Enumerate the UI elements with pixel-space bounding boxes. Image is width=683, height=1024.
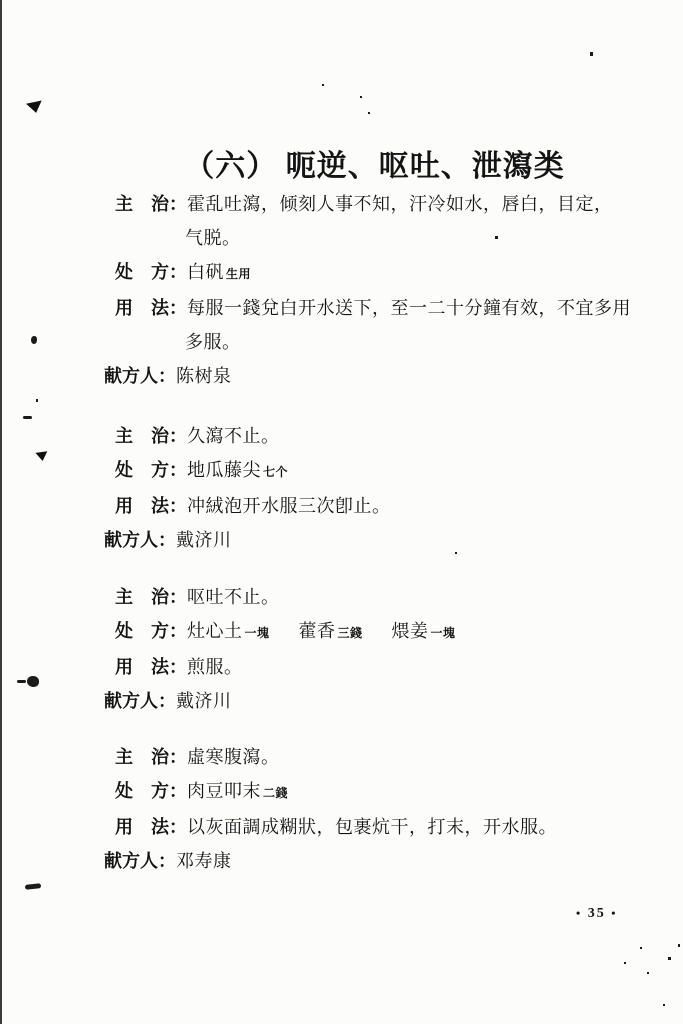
usage-label: 用 法： <box>104 296 187 321</box>
herb-item: 地瓜藤尖七个 <box>187 460 288 480</box>
prescription-entry: 主 治： 呕吐不止。 处 方： 灶心土一塊 藿香三錢 煨姜一塊 用 法： 煎服。… <box>104 585 656 723</box>
contributor-name: 戴济川 <box>176 689 656 714</box>
prescription-entry: 主 治： 虛寒腹瀉。 处 方： 肉豆叩末二錢 用 法： 以灰面調成糊狀，包裹炕干… <box>104 745 656 883</box>
ink-speck <box>624 962 626 964</box>
indication-row: 主 治： 虛寒腹瀉。 <box>104 745 656 770</box>
indication-label: 主 治： <box>104 745 187 770</box>
ink-dash <box>23 416 32 419</box>
herb-item: 肉豆叩末二錢 <box>187 781 288 801</box>
ink-smudge <box>25 883 41 890</box>
herb-item: 煨姜一塊 <box>392 621 456 641</box>
usage-row: 用 法： 每服一錢兌白开水送下，至一二十分鐘有效，不宜多用 <box>104 296 656 321</box>
herb-name: 地瓜藤尖 <box>187 460 261 480</box>
prescription-label: 处 方： <box>104 458 187 483</box>
indication-text: 虛寒腹瀉。 <box>187 745 656 770</box>
contributor-row: 献方人： 陈树泉 <box>104 364 656 389</box>
usage-label: 用 法： <box>104 655 187 680</box>
page-number-value: 35 <box>588 906 606 921</box>
herb-name: 灶心土 <box>187 621 243 641</box>
contributor-row: 献方人： 戴济川 <box>104 689 656 714</box>
indication-label: 主 治： <box>104 192 187 217</box>
prescription-label: 处 方： <box>104 779 187 804</box>
ink-blot <box>27 676 39 687</box>
indication-label: 主 治： <box>104 585 187 610</box>
contributor-label: 献方人： <box>104 364 176 389</box>
ink-speck <box>322 84 324 86</box>
ink-speck <box>590 52 593 56</box>
usage-row: 用 法： 冲絨泡开水服三次卽止。 <box>104 494 656 519</box>
herb-dose: 一塊 <box>243 626 270 640</box>
contributor-label: 献方人： <box>104 849 176 874</box>
prescription-text: 地瓜藤尖七个 <box>187 458 656 485</box>
ink-speck <box>360 96 362 98</box>
indication-text: 久瀉不止。 <box>187 424 656 449</box>
usage-row-continuation: 多服。 <box>104 330 656 355</box>
prescription-text: 灶心土一塊 藿香三錢 煨姜一塊 <box>187 619 656 646</box>
ink-speck <box>455 552 457 554</box>
contributor-row: 献方人： 邓寿康 <box>104 849 656 874</box>
ink-speck <box>495 236 498 239</box>
indication-row-continuation: 气脱。 <box>104 226 656 251</box>
herb-dose: 二錢 <box>261 786 288 800</box>
ink-triangle-mark <box>35 451 48 462</box>
contributor-label: 献方人： <box>104 528 176 553</box>
prescription-entry: 主 治： 久瀉不止。 处 方： 地瓜藤尖七个 用 法： 冲絨泡开水服三次卽止。 … <box>104 424 656 562</box>
herb-name: 肉豆叩末 <box>187 781 261 801</box>
indication-text: 气脱。 <box>175 226 656 251</box>
usage-text: 以灰面調成糊狀，包裹炕干，打末，开水服。 <box>187 815 656 840</box>
usage-label: 用 法： <box>104 494 187 519</box>
page-number-right-dot: • <box>611 906 617 920</box>
page-number: • 35 • <box>576 906 617 922</box>
prescription-row: 处 方： 肉豆叩末二錢 <box>104 779 656 806</box>
prescription-row: 处 方： 白矾生用 <box>104 260 656 287</box>
herb-name: 煨姜 <box>392 621 429 641</box>
ink-speck <box>368 112 370 114</box>
ink-speck <box>640 947 642 949</box>
herb-dose: 三錢 <box>336 626 363 640</box>
usage-row: 用 法： 煎服。 <box>104 655 656 680</box>
prescription-entry: 主 治： 霍乱吐瀉，倾刻人事不知，汗冷如水，唇白，目定， 气脱。 处 方： 白矾… <box>104 192 656 398</box>
prescription-row: 处 方： 灶心土一塊 藿香三錢 煨姜一塊 <box>104 619 656 646</box>
indication-row: 主 治： 呕吐不止。 <box>104 585 656 610</box>
ink-speck <box>647 972 649 974</box>
ink-speck <box>663 1004 665 1006</box>
contributor-label: 献方人： <box>104 689 176 714</box>
herb-dose: 生用 <box>224 267 251 281</box>
scanned-book-page: （六） 呃逆、呕吐、泄瀉类 主 治： 霍乱吐瀉，倾刻人事不知，汗冷如水，唇白，目… <box>0 0 683 1024</box>
indication-row: 主 治： 霍乱吐瀉，倾刻人事不知，汗冷如水，唇白，目定， <box>104 192 656 217</box>
usage-text: 煎服。 <box>187 655 656 680</box>
herb-dose: 一塊 <box>429 626 456 640</box>
usage-label: 用 法： <box>104 815 187 840</box>
indication-text: 霍乱吐瀉，倾刻人事不知，汗冷如水，唇白，目定， <box>187 192 656 217</box>
contributor-name: 陈树泉 <box>176 364 656 389</box>
ink-triangle-mark <box>26 100 44 114</box>
herb-name: 白矾 <box>187 262 224 282</box>
contributor-name: 戴济川 <box>176 528 656 553</box>
prescription-label: 处 方： <box>104 260 187 285</box>
prescription-text: 白矾生用 <box>187 260 656 287</box>
ink-speck <box>678 944 680 947</box>
prescription-label: 处 方： <box>104 619 187 644</box>
herb-item: 白矾生用 <box>187 262 251 282</box>
prescription-row: 处 方： 地瓜藤尖七个 <box>104 458 656 485</box>
herb-item: 灶心土一塊 <box>187 621 270 641</box>
usage-text: 每服一錢兌白开水送下，至一二十分鐘有效，不宜多用 <box>187 296 656 321</box>
ink-speck <box>36 399 38 402</box>
herb-name: 藿香 <box>299 621 336 641</box>
ink-blot <box>31 336 37 344</box>
usage-row: 用 法： 以灰面調成糊狀，包裹炕干，打末，开水服。 <box>104 815 656 840</box>
indication-label: 主 治： <box>104 424 187 449</box>
contributor-name: 邓寿康 <box>176 849 656 874</box>
section-title: （六） 呃逆、呕吐、泄瀉类 <box>0 141 683 185</box>
usage-text: 多服。 <box>175 330 656 355</box>
ink-speck <box>668 957 671 960</box>
contributor-row: 献方人： 戴济川 <box>104 528 656 553</box>
indication-row: 主 治： 久瀉不止。 <box>104 424 656 449</box>
herb-dose: 七个 <box>261 465 288 479</box>
ink-dash <box>17 680 26 683</box>
herb-item: 藿香三錢 <box>299 621 363 641</box>
prescription-text: 肉豆叩末二錢 <box>187 779 656 806</box>
page-number-left-dot: • <box>576 906 582 920</box>
indication-text: 呕吐不止。 <box>187 585 656 610</box>
usage-text: 冲絨泡开水服三次卽止。 <box>187 494 656 519</box>
